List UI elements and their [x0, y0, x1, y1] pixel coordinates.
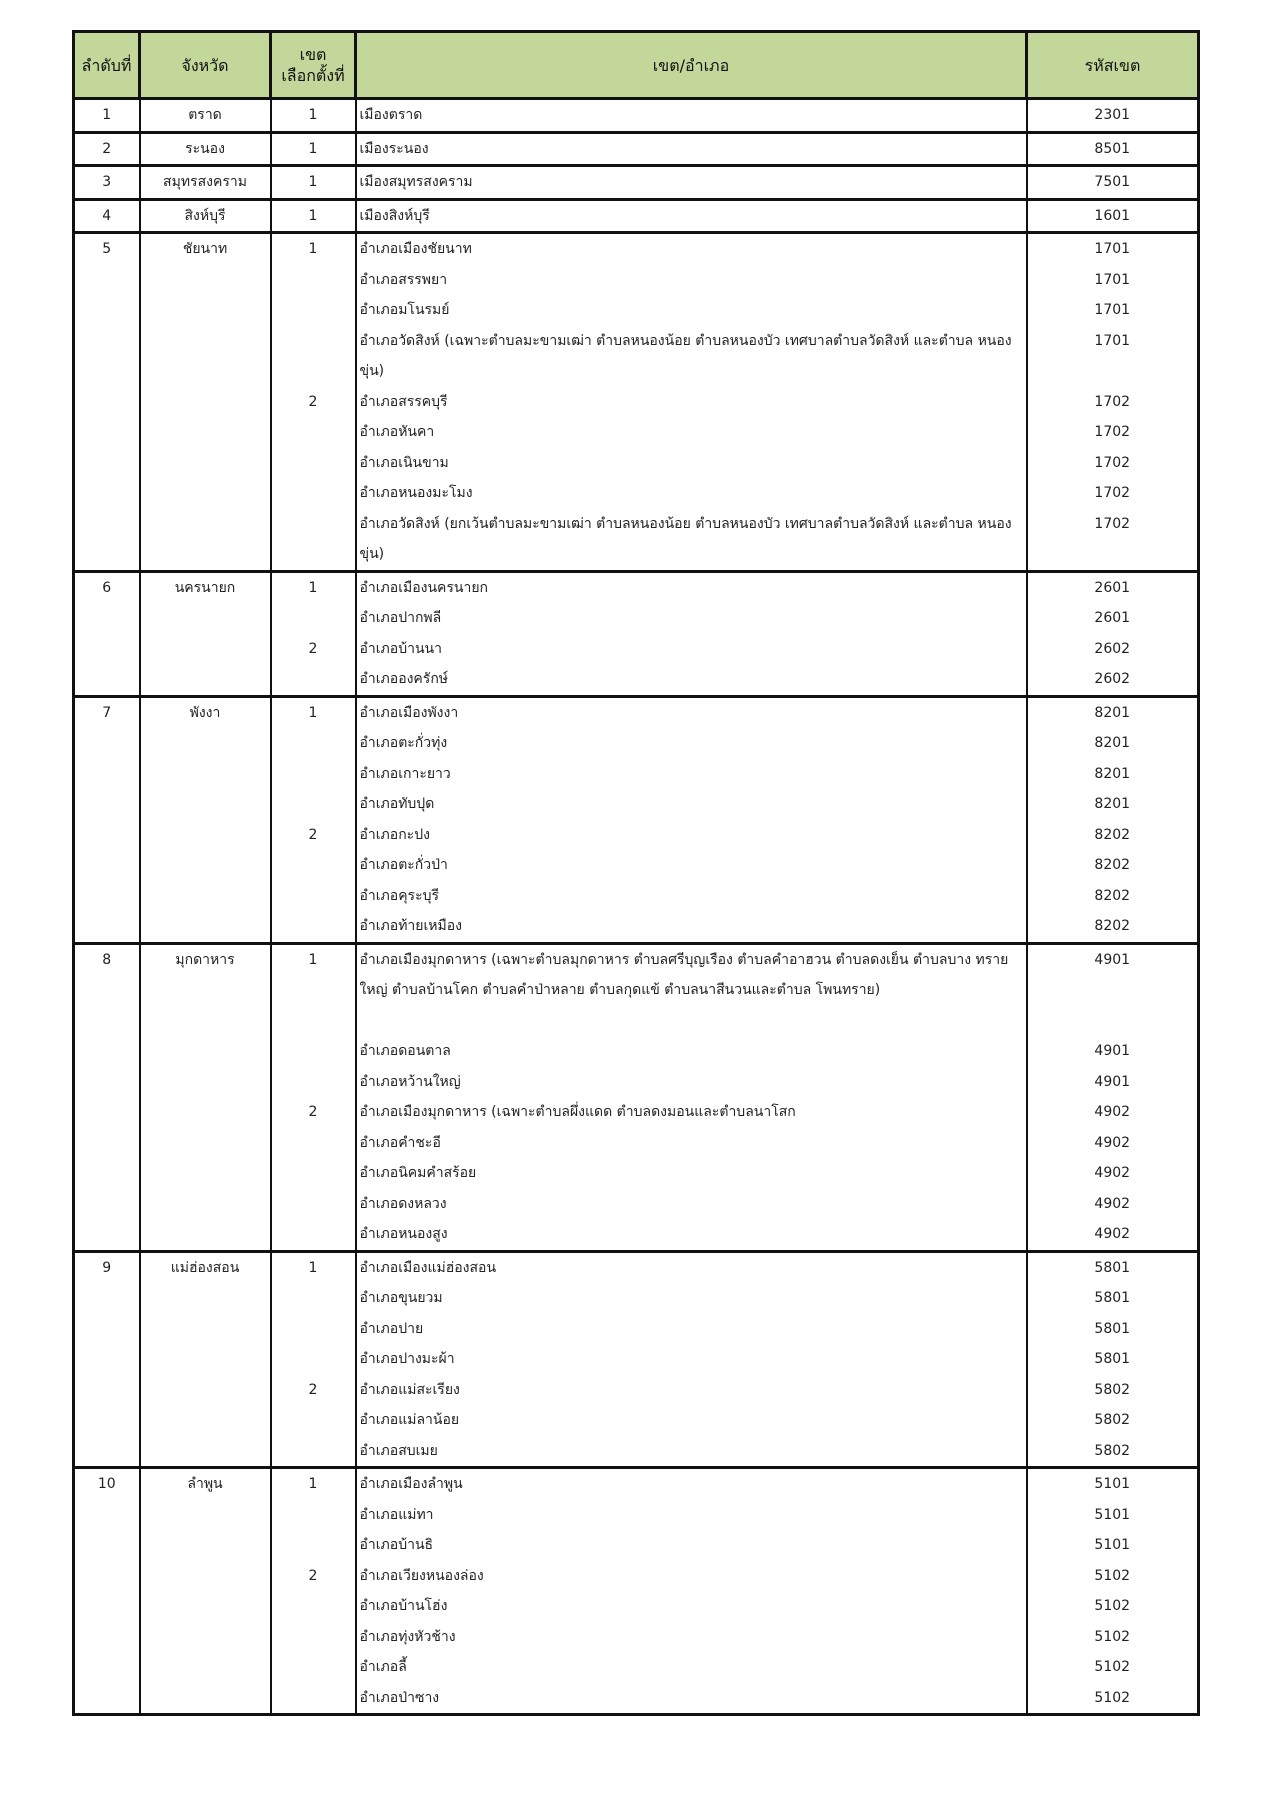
province-cell: พังงา: [140, 696, 271, 728]
table-row: อำเภอลี้5102: [74, 1652, 1199, 1683]
table-row: อำเภอมโนรมย์1701: [74, 295, 1199, 326]
code-cell: 4902: [1027, 1158, 1199, 1189]
zone-cell: [271, 664, 356, 696]
table-row: อำเภอวัดสิงห์ (เฉพาะตำบลมะขามเฒ่า ตำบลหน…: [74, 326, 1199, 387]
zone-cell: 2: [271, 820, 356, 851]
zone-cell: [271, 1219, 356, 1251]
zone-cell: [271, 789, 356, 820]
code-cell: 1701: [1027, 295, 1199, 326]
province-cell: [140, 1189, 271, 1220]
table-row: อำเภอดอนตาล4901: [74, 1036, 1199, 1067]
table-row: อำเภอเกาะยาว8201: [74, 759, 1199, 790]
province-cell: [140, 448, 271, 479]
table-row: อำเภอท้ายเหมือง8202: [74, 911, 1199, 943]
order-cell: [74, 509, 140, 572]
table-row: อำเภอคำชะอี4902: [74, 1128, 1199, 1159]
order-cell: [74, 1500, 140, 1531]
zone-cell: 2: [271, 1561, 356, 1592]
table-row: 9แม่ฮ่องสอน1อำเภอเมืองแม่ฮ่องสอน5801: [74, 1251, 1199, 1283]
province-cell: [140, 1561, 271, 1592]
code-cell: 5801: [1027, 1344, 1199, 1375]
province-cell: [140, 728, 271, 759]
province-cell: [140, 1219, 271, 1251]
zone-cell: [271, 1405, 356, 1436]
table-row: อำเภอปาย5801: [74, 1314, 1199, 1345]
table-row: อำเภอองครักษ์2602: [74, 664, 1199, 696]
zone-cell: [271, 1652, 356, 1683]
header-code: รหัสเขต: [1027, 32, 1199, 99]
zone-cell: 2: [271, 1375, 356, 1406]
zone-cell: [271, 1500, 356, 1531]
district-cell: อำเภอทับปุด: [356, 789, 1027, 820]
district-cell: อำเภอเมืองชัยนาท: [356, 233, 1027, 265]
zone-cell: 1: [271, 1468, 356, 1500]
zone-cell: [271, 265, 356, 296]
code-cell: 5801: [1027, 1251, 1199, 1283]
province-cell: [140, 1436, 271, 1468]
district-cell: อำเภอเมืองมุกดาหาร (เฉพาะตำบลผึ่งแดด ตำบ…: [356, 1097, 1027, 1128]
province-cell: [140, 1683, 271, 1715]
table-row: อำเภอคุระบุรี8202: [74, 881, 1199, 912]
order-cell: [74, 881, 140, 912]
district-cell: อำเภอป่าซาง: [356, 1683, 1027, 1715]
table-row: อำเภอดงหลวง4902: [74, 1189, 1199, 1220]
table-row: อำเภอบ้านธิ5101: [74, 1530, 1199, 1561]
order-cell: [74, 265, 140, 296]
order-cell: [74, 1097, 140, 1128]
province-cell: [140, 417, 271, 448]
zone-cell: [271, 509, 356, 572]
district-cell: อำเภอบ้านโฮ่ง: [356, 1591, 1027, 1622]
order-cell: [74, 850, 140, 881]
zone-cell: [271, 1128, 356, 1159]
zone-cell: 2: [271, 1097, 356, 1128]
order-cell: [74, 1436, 140, 1468]
zone-cell: 1: [271, 571, 356, 603]
zone-cell: [271, 326, 356, 387]
code-cell: 5102: [1027, 1622, 1199, 1653]
code-cell: 4901: [1027, 1067, 1199, 1098]
table-row: 2อำเภอเวียงหนองล่อง5102: [74, 1561, 1199, 1592]
order-cell: [74, 448, 140, 479]
order-cell: [74, 603, 140, 634]
table-row: 8มุกดาหาร1อำเภอเมืองมุกดาหาร (เฉพาะตำบลม…: [74, 943, 1199, 1036]
code-cell: 4902: [1027, 1219, 1199, 1251]
zone-cell: 2: [271, 387, 356, 418]
zone-cell: [271, 603, 356, 634]
table-row: อำเภอบ้านโฮ่ง5102: [74, 1591, 1199, 1622]
code-cell: 4902: [1027, 1128, 1199, 1159]
district-cell: อำเภอหนองสูง: [356, 1219, 1027, 1251]
zone-cell: 1: [271, 943, 356, 1036]
order-cell: [74, 1219, 140, 1251]
table-row: อำเภอแม่ลาน้อย5802: [74, 1405, 1199, 1436]
province-cell: มุกดาหาร: [140, 943, 271, 1036]
code-cell: 5102: [1027, 1683, 1199, 1715]
order-cell: [74, 417, 140, 448]
table-row: 2อำเภอสรรคบุรี1702: [74, 387, 1199, 418]
district-cell: อำเภอเมืองแม่ฮ่องสอน: [356, 1251, 1027, 1283]
order-cell: [74, 1405, 140, 1436]
district-cell: เมืองสิงห์บุรี: [356, 199, 1027, 233]
order-cell: [74, 478, 140, 509]
order-cell: [74, 728, 140, 759]
order-cell: [74, 1561, 140, 1592]
header-district: เขต/อำเภอ: [356, 32, 1027, 99]
table-row: อำเภอหนองสูง4902: [74, 1219, 1199, 1251]
code-cell: 1701: [1027, 233, 1199, 265]
code-cell: 7501: [1027, 166, 1199, 200]
zone-cell: [271, 1530, 356, 1561]
province-cell: [140, 1158, 271, 1189]
province-cell: [140, 911, 271, 943]
district-cell: อำเภอสบเมย: [356, 1436, 1027, 1468]
code-cell: 8201: [1027, 696, 1199, 728]
province-cell: [140, 1652, 271, 1683]
district-cell: อำเภอสรรคบุรี: [356, 387, 1027, 418]
province-cell: [140, 478, 271, 509]
zone-cell: 1: [271, 233, 356, 265]
district-cell: อำเภอหนองมะโมง: [356, 478, 1027, 509]
table-row: 2ระนอง1เมืองระนอง8501: [74, 132, 1199, 166]
district-cell: อำเภอดงหลวง: [356, 1189, 1027, 1220]
order-cell: [74, 1375, 140, 1406]
code-cell: 1702: [1027, 417, 1199, 448]
province-cell: [140, 1344, 271, 1375]
province-cell: [140, 1530, 271, 1561]
table-row: อำเภอทุ่งหัวช้าง5102: [74, 1622, 1199, 1653]
district-cell: อำเภอสรรพยา: [356, 265, 1027, 296]
table-row: 6นครนายก1อำเภอเมืองนครนายก2601: [74, 571, 1199, 603]
order-cell: [74, 326, 140, 387]
header-constituency-line2: เลือกตั้งที่: [272, 65, 354, 86]
district-cell: อำเภอบ้านนา: [356, 634, 1027, 665]
zone-cell: [271, 295, 356, 326]
table-row: อำเภอเนินขาม1702: [74, 448, 1199, 479]
header-order: ลำดับที่: [74, 32, 140, 99]
code-cell: 5101: [1027, 1500, 1199, 1531]
table-row: 2อำเภอบ้านนา2602: [74, 634, 1199, 665]
zone-cell: [271, 1683, 356, 1715]
code-cell: 5802: [1027, 1405, 1199, 1436]
code-cell: 2602: [1027, 664, 1199, 696]
district-cell: อำเภอนิคมคำสร้อย: [356, 1158, 1027, 1189]
district-cell: อำเภอคุระบุรี: [356, 881, 1027, 912]
province-cell: [140, 603, 271, 634]
zone-cell: [271, 1067, 356, 1098]
table-row: 7พังงา1อำเภอเมืองพังงา8201: [74, 696, 1199, 728]
table-row: อำเภอสบเมย5802: [74, 1436, 1199, 1468]
table-row: อำเภอขุนยวม5801: [74, 1283, 1199, 1314]
table-body: 1ตราด1เมืองตราด23012ระนอง1เมืองระนอง8501…: [74, 99, 1199, 1715]
order-cell: [74, 759, 140, 790]
zone-cell: 1: [271, 1251, 356, 1283]
order-cell: 5: [74, 233, 140, 265]
order-cell: [74, 634, 140, 665]
order-cell: [74, 1683, 140, 1715]
table-row: อำเภอแม่ทา5101: [74, 1500, 1199, 1531]
order-cell: [74, 1128, 140, 1159]
table-row: อำเภอสรรพยา1701: [74, 265, 1199, 296]
province-cell: [140, 634, 271, 665]
zone-cell: [271, 850, 356, 881]
province-cell: [140, 664, 271, 696]
table-row: อำเภอนิคมคำสร้อย4902: [74, 1158, 1199, 1189]
code-cell: 8202: [1027, 850, 1199, 881]
district-cell: อำเภอท้ายเหมือง: [356, 911, 1027, 943]
province-cell: [140, 1067, 271, 1098]
zone-cell: [271, 1622, 356, 1653]
zone-cell: [271, 1189, 356, 1220]
district-cell: อำเภอแม่สะเรียง: [356, 1375, 1027, 1406]
table-row: อำเภอทับปุด8201: [74, 789, 1199, 820]
code-cell: 5801: [1027, 1283, 1199, 1314]
code-cell: 2602: [1027, 634, 1199, 665]
zone-cell: [271, 478, 356, 509]
district-cell: อำเภอวัดสิงห์ (เฉพาะตำบลมะขามเฒ่า ตำบลหน…: [356, 326, 1027, 387]
order-cell: [74, 911, 140, 943]
province-cell: [140, 881, 271, 912]
district-cell: อำเภอทุ่งหัวช้าง: [356, 1622, 1027, 1653]
order-cell: [74, 1591, 140, 1622]
province-cell: [140, 509, 271, 572]
district-cell: อำเภอปางมะผ้า: [356, 1344, 1027, 1375]
zone-cell: [271, 448, 356, 479]
province-cell: [140, 850, 271, 881]
code-cell: 4901: [1027, 1036, 1199, 1067]
table-row: อำเภอหนองมะโมง1702: [74, 478, 1199, 509]
zone-cell: 2: [271, 634, 356, 665]
district-cell: เมืองระนอง: [356, 132, 1027, 166]
district-cell: อำเภอแม่ลาน้อย: [356, 1405, 1027, 1436]
zone-cell: [271, 1036, 356, 1067]
code-cell: 8202: [1027, 820, 1199, 851]
order-cell: 1: [74, 99, 140, 133]
table-row: อำเภอตะกั่วป่า8202: [74, 850, 1199, 881]
code-cell: 4901: [1027, 943, 1199, 1036]
province-cell: นครนายก: [140, 571, 271, 603]
table-row: 2อำเภอกะปง8202: [74, 820, 1199, 851]
district-cell: เมืองตราด: [356, 99, 1027, 133]
code-cell: 5102: [1027, 1591, 1199, 1622]
code-cell: 2301: [1027, 99, 1199, 133]
province-cell: [140, 1622, 271, 1653]
province-cell: [140, 1283, 271, 1314]
zone-cell: [271, 881, 356, 912]
order-cell: 2: [74, 132, 140, 166]
table-row: 4สิงห์บุรี1เมืองสิงห์บุรี1601: [74, 199, 1199, 233]
code-cell: 5102: [1027, 1652, 1199, 1683]
province-cell: [140, 759, 271, 790]
district-cell: อำเภอปากพลี: [356, 603, 1027, 634]
table-row: 2อำเภอแม่สะเรียง5802: [74, 1375, 1199, 1406]
province-cell: [140, 1405, 271, 1436]
order-cell: [74, 1036, 140, 1067]
district-cell: อำเภอมโนรมย์: [356, 295, 1027, 326]
table-row: อำเภอวัดสิงห์ (ยกเว้นตำบลมะขามเฒ่า ตำบลห…: [74, 509, 1199, 572]
code-cell: 1701: [1027, 326, 1199, 387]
district-cell: อำเภอกะปง: [356, 820, 1027, 851]
order-cell: [74, 295, 140, 326]
table-row: อำเภอปางมะผ้า5801: [74, 1344, 1199, 1375]
code-cell: 5101: [1027, 1468, 1199, 1500]
code-cell: 8201: [1027, 728, 1199, 759]
district-cell: อำเภอเมืองนครนายก: [356, 571, 1027, 603]
zone-cell: 1: [271, 696, 356, 728]
table-row: อำเภอป่าซาง5102: [74, 1683, 1199, 1715]
constituency-table: ลำดับที่ จังหวัด เขต เลือกตั้งที่ เขต/อำ…: [72, 30, 1200, 1716]
district-cell: อำเภอเนินขาม: [356, 448, 1027, 479]
code-cell: 5802: [1027, 1375, 1199, 1406]
code-cell: 8202: [1027, 881, 1199, 912]
zone-cell: [271, 1314, 356, 1345]
order-cell: [74, 387, 140, 418]
district-cell: อำเภอขุนยวม: [356, 1283, 1027, 1314]
code-cell: 2601: [1027, 571, 1199, 603]
zone-cell: [271, 1344, 356, 1375]
order-cell: [74, 1344, 140, 1375]
province-cell: [140, 387, 271, 418]
header-constituency-line1: เขต: [272, 44, 354, 65]
code-cell: 1601: [1027, 199, 1199, 233]
code-cell: 5102: [1027, 1561, 1199, 1592]
code-cell: 8201: [1027, 789, 1199, 820]
order-cell: [74, 1314, 140, 1345]
table-row: 3สมุทรสงคราม1เมืองสมุทรสงคราม7501: [74, 166, 1199, 200]
table-row: 2อำเภอเมืองมุกดาหาร (เฉพาะตำบลผึ่งแดด ตำ…: [74, 1097, 1199, 1128]
district-cell: อำเภอลี้: [356, 1652, 1027, 1683]
district-cell: อำเภอเกาะยาว: [356, 759, 1027, 790]
province-cell: [140, 1375, 271, 1406]
district-cell: อำเภอแม่ทา: [356, 1500, 1027, 1531]
zone-cell: [271, 1158, 356, 1189]
code-cell: 1702: [1027, 478, 1199, 509]
code-cell: 5802: [1027, 1436, 1199, 1468]
code-cell: 4902: [1027, 1097, 1199, 1128]
table-row: อำเภอปากพลี2601: [74, 603, 1199, 634]
order-cell: [74, 1652, 140, 1683]
code-cell: 1702: [1027, 387, 1199, 418]
code-cell: 8202: [1027, 911, 1199, 943]
district-cell: อำเภอเมืองลำพูน: [356, 1468, 1027, 1500]
table-row: อำเภอหว้านใหญ่4901: [74, 1067, 1199, 1098]
district-cell: อำเภอหันคา: [356, 417, 1027, 448]
province-cell: สิงห์บุรี: [140, 199, 271, 233]
district-cell: อำเภอวัดสิงห์ (ยกเว้นตำบลมะขามเฒ่า ตำบลห…: [356, 509, 1027, 572]
zone-cell: [271, 1283, 356, 1314]
province-cell: ตราด: [140, 99, 271, 133]
district-cell: อำเภอตะกั่วทุ่ง: [356, 728, 1027, 759]
province-cell: [140, 265, 271, 296]
district-cell: อำเภอตะกั่วป่า: [356, 850, 1027, 881]
province-cell: [140, 820, 271, 851]
table-row: อำเภอหันคา1702: [74, 417, 1199, 448]
province-cell: [140, 1314, 271, 1345]
order-cell: [74, 789, 140, 820]
zone-cell: [271, 759, 356, 790]
zone-cell: 1: [271, 199, 356, 233]
province-cell: [140, 1500, 271, 1531]
order-cell: [74, 1189, 140, 1220]
province-cell: [140, 1097, 271, 1128]
province-cell: [140, 1036, 271, 1067]
zone-cell: 1: [271, 99, 356, 133]
code-cell: 2601: [1027, 603, 1199, 634]
code-cell: 1702: [1027, 448, 1199, 479]
header-province: จังหวัด: [140, 32, 271, 99]
zone-cell: [271, 1436, 356, 1468]
district-cell: อำเภอปาย: [356, 1314, 1027, 1345]
province-cell: ลำพูน: [140, 1468, 271, 1500]
order-cell: [74, 664, 140, 696]
code-cell: 1701: [1027, 265, 1199, 296]
code-cell: 1702: [1027, 509, 1199, 572]
district-cell: เมืองสมุทรสงคราม: [356, 166, 1027, 200]
province-cell: สมุทรสงคราม: [140, 166, 271, 200]
code-cell: 5101: [1027, 1530, 1199, 1561]
code-cell: 8501: [1027, 132, 1199, 166]
order-cell: 4: [74, 199, 140, 233]
order-cell: 8: [74, 943, 140, 1036]
zone-cell: [271, 728, 356, 759]
province-cell: [140, 295, 271, 326]
district-cell: อำเภอเมืองมุกดาหาร (เฉพาะตำบลมุกดาหาร ตำ…: [356, 943, 1027, 1036]
district-cell: อำเภอเวียงหนองล่อง: [356, 1561, 1027, 1592]
province-cell: [140, 789, 271, 820]
province-cell: แม่ฮ่องสอน: [140, 1251, 271, 1283]
code-cell: 4902: [1027, 1189, 1199, 1220]
province-cell: [140, 1591, 271, 1622]
order-cell: 9: [74, 1251, 140, 1283]
table-row: 10ลำพูน1อำเภอเมืองลำพูน5101: [74, 1468, 1199, 1500]
order-cell: 7: [74, 696, 140, 728]
zone-cell: 1: [271, 166, 356, 200]
order-cell: 6: [74, 571, 140, 603]
district-cell: อำเภอคำชะอี: [356, 1128, 1027, 1159]
province-cell: ชัยนาท: [140, 233, 271, 265]
table-row: 1ตราด1เมืองตราด2301: [74, 99, 1199, 133]
order-cell: [74, 1283, 140, 1314]
order-cell: 10: [74, 1468, 140, 1500]
code-cell: 8201: [1027, 759, 1199, 790]
header-constituency: เขต เลือกตั้งที่: [271, 32, 356, 99]
province-cell: [140, 1128, 271, 1159]
order-cell: [74, 1067, 140, 1098]
order-cell: [74, 820, 140, 851]
district-cell: อำเภอหว้านใหญ่: [356, 1067, 1027, 1098]
table-header-row: ลำดับที่ จังหวัด เขต เลือกตั้งที่ เขต/อำ…: [74, 32, 1199, 99]
zone-cell: [271, 417, 356, 448]
order-cell: [74, 1158, 140, 1189]
zone-cell: [271, 1591, 356, 1622]
province-cell: ระนอง: [140, 132, 271, 166]
order-cell: 3: [74, 166, 140, 200]
table-row: 5ชัยนาท1อำเภอเมืองชัยนาท1701: [74, 233, 1199, 265]
zone-cell: 1: [271, 132, 356, 166]
district-cell: อำเภอบ้านธิ: [356, 1530, 1027, 1561]
code-cell: 5801: [1027, 1314, 1199, 1345]
province-cell: [140, 326, 271, 387]
zone-cell: [271, 911, 356, 943]
table-row: อำเภอตะกั่วทุ่ง8201: [74, 728, 1199, 759]
order-cell: [74, 1622, 140, 1653]
district-cell: อำเภอดอนตาล: [356, 1036, 1027, 1067]
district-cell: อำเภอองครักษ์: [356, 664, 1027, 696]
district-cell: อำเภอเมืองพังงา: [356, 696, 1027, 728]
order-cell: [74, 1530, 140, 1561]
